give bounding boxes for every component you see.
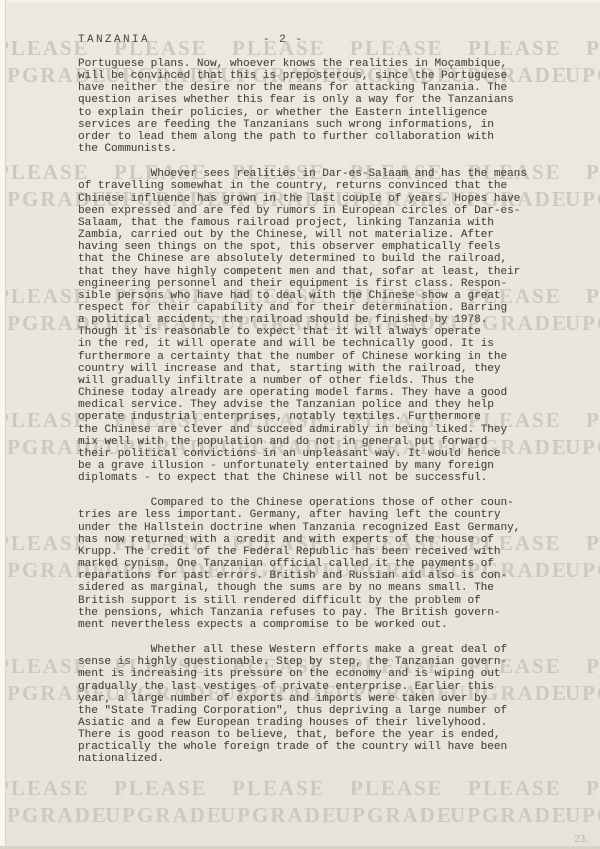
watermark-word-upgrade: UPGRADE — [565, 805, 600, 826]
page-header: TANZANIA - 2 - — [78, 34, 538, 48]
watermark-word-upgrade: UPGRADE — [450, 805, 568, 826]
watermark-word-please: PLEASE — [0, 656, 90, 677]
watermark-word-please: PLEASE — [232, 778, 326, 799]
watermark-word-please: PLEASE — [0, 38, 90, 59]
watermark-word-please: PLEASE — [468, 778, 562, 799]
watermark-word-please: PLEASE — [586, 778, 600, 799]
watermark-word-upgrade: UPGRADE — [565, 313, 600, 334]
watermark-word-please: PLEASE — [114, 778, 208, 799]
watermark-word-please: PLEASE — [586, 533, 600, 554]
paragraph-portuguese-plans: Portuguese plans. Now, whoever knows the… — [78, 58, 548, 155]
paragraph-chinese-influence: Whoever sees realities in Dar-es-Salaam … — [78, 168, 548, 484]
watermark-word-please: PLEASE — [0, 533, 90, 554]
paragraph-western-countries: Compared to the Chinese operations those… — [78, 497, 548, 631]
watermark-word-upgrade: UPGRADE — [105, 805, 223, 826]
watermark-word-upgrade: UPGRADE — [565, 65, 600, 86]
scan-left-edge — [0, 0, 6, 849]
scan-top-edge — [0, 0, 600, 2]
page-number-header: - 2 - — [263, 34, 304, 46]
watermark-word-please: PLEASE — [0, 410, 90, 431]
watermark-word-upgrade: UPGRADE — [565, 437, 600, 458]
document-title: TANZANIA — [78, 34, 150, 46]
watermark-word-please: PLEASE — [586, 410, 600, 431]
watermark-word-please: PLEASE — [586, 162, 600, 183]
watermark-word-please: PLEASE — [350, 778, 444, 799]
watermark-word-upgrade: UPGRADE — [565, 560, 600, 581]
watermark-word-please: PLEASE — [0, 162, 90, 183]
scanned-document-page: PLEASEUPGRADEPLEASEUPGRADEPLEASEUPGRADEP… — [0, 0, 600, 849]
watermark-word-please: PLEASE — [586, 286, 600, 307]
paragraph-western-efforts: Whether all these Western efforts make a… — [78, 644, 548, 766]
watermark-word-upgrade: UPGRADE — [220, 805, 338, 826]
watermark-word-please: PLEASE — [0, 286, 90, 307]
watermark-word-please: PLEASE — [0, 778, 90, 799]
corner-page-number: 23. — [574, 833, 588, 845]
watermark-word-please: PLEASE — [586, 38, 600, 59]
watermark-word-upgrade: UPGRADE — [565, 683, 600, 704]
watermark-word-upgrade: UPGRADE — [565, 189, 600, 210]
watermark-word-upgrade: UPGRADE — [0, 805, 108, 826]
document-body: Portuguese plans. Now, whoever knows the… — [78, 58, 548, 779]
watermark-word-please: PLEASE — [586, 656, 600, 677]
watermark-word-upgrade: UPGRADE — [335, 805, 453, 826]
